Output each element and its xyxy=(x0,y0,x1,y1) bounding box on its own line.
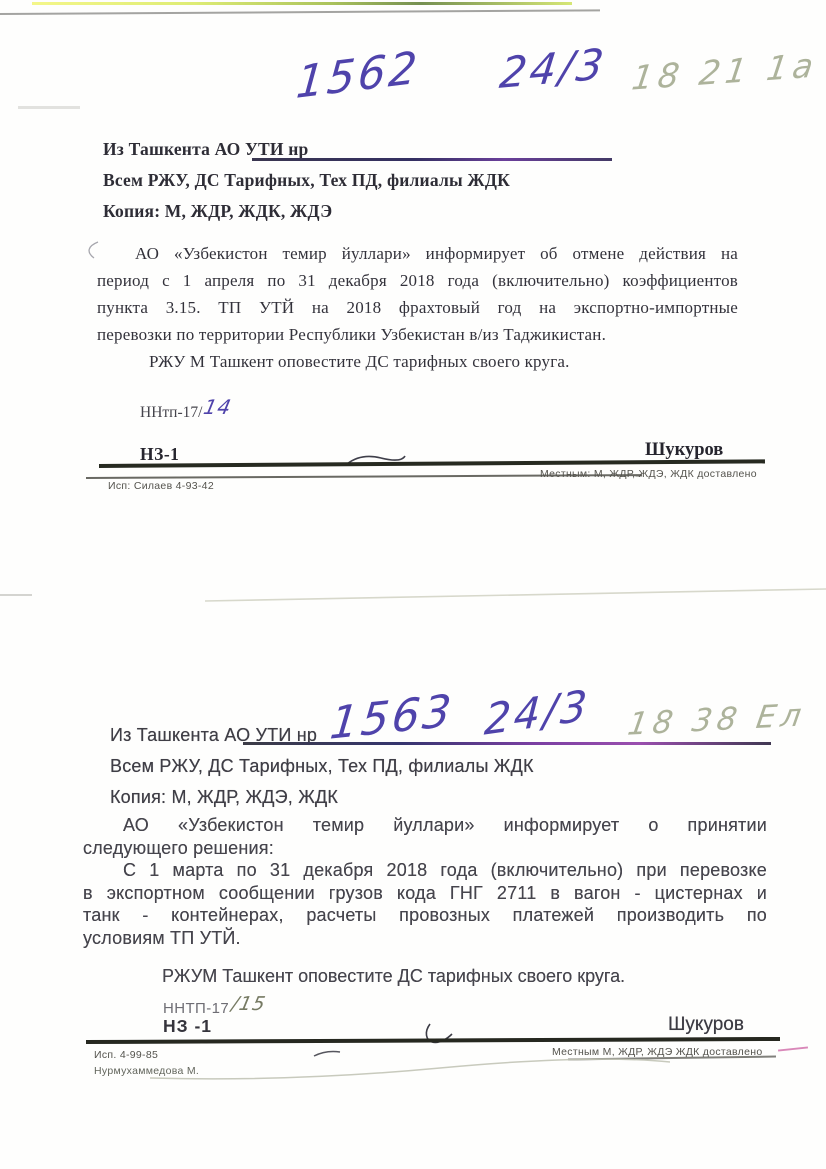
scan-edge-dash xyxy=(0,594,32,596)
handwritten-registration-time: 18 21 1а xyxy=(631,46,819,98)
body-line: пункта 3.15. ТП УТЙ на 2018 фрахтовый го… xyxy=(97,294,738,321)
letter2-reference-number: ННТП-17/15 xyxy=(163,996,263,1018)
scan-edge-artifact-dark xyxy=(0,9,600,15)
letter2-rule-pink-trace xyxy=(778,1046,808,1051)
letter1-copy-line: Копия: М, ЖДР, ЖДК, ЖДЭ xyxy=(103,196,723,227)
scan-edge-artifact-yellow xyxy=(32,2,572,5)
letter2-notify-line: РЖУМ Ташкент оповестите ДС тарифных свое… xyxy=(162,966,762,987)
letter2-position-code: НЗ -1 xyxy=(163,1016,212,1037)
letter1-body: АО «Узбекистон темир йуллари» информируе… xyxy=(97,240,738,348)
letter1-header: Из Ташкента АО УТИ нр Всем РЖУ, ДС Тариф… xyxy=(103,134,723,227)
letter1-separator-rule xyxy=(99,459,765,468)
pen-mark-faint-curve xyxy=(150,1058,670,1082)
letter2-handwritten-time: 18 38 Ел xyxy=(627,697,807,742)
body-line: танк - контейнерах, расчеты провозных пл… xyxy=(83,904,767,927)
letter1-from-label: Из Ташкента АО УТИ нр xyxy=(103,139,308,159)
letter2-ref-handwritten: /15 xyxy=(232,993,266,1015)
body-line: условиям ТП УТЙ. xyxy=(83,927,767,950)
body-line: в экспортном сообщении грузов кода ГНГ 2… xyxy=(83,882,767,905)
letter2-executor-line: Исп. 4-99-85 xyxy=(94,1049,158,1061)
scan-smudge xyxy=(18,106,80,109)
body-line: АО «Узбекистон темир йуллари» информируе… xyxy=(97,240,738,267)
letter1-executor-line: Исп: Силаев 4-93-42 xyxy=(108,480,214,492)
body-line: АО «Узбекистон темир йуллари» информируе… xyxy=(83,814,767,837)
scanned-document-page: 1562 24/3 18 21 1а Из Ташкента АО УТИ нр… xyxy=(0,0,826,1169)
letter2-copy-line: Копия: М, ЖДР, ЖДЭ, ЖДК xyxy=(110,782,750,813)
letter1-notify-line: РЖУ М Ташкент оповестите ДС тарифных сво… xyxy=(149,352,749,372)
letter1-signer-name: Шукуров xyxy=(645,440,723,461)
body-line: перевозки по территории Республики Узбек… xyxy=(97,321,738,348)
letter1-addressee-line: Всем РЖУ, ДС Тарифных, Тех ПД, филиалы Ж… xyxy=(103,165,723,196)
letter2-body: АО «Узбекистон темир йуллари» информируе… xyxy=(83,814,767,949)
body-line: следующего решения: xyxy=(83,837,767,860)
body-line: С 1 марта по 31 декабря 2018 года (включ… xyxy=(83,859,767,882)
handwritten-number-text: 1562 xyxy=(294,42,422,109)
letter2-addressee-line: Всем РЖУ, ДС Тарифных, Тех ПД, филиалы Ж… xyxy=(110,751,750,782)
letter1-ref-handwritten: 14 xyxy=(204,395,231,419)
body-line: период с 1 апреля по 31 декабря 2018 год… xyxy=(97,267,738,294)
pen-mark-dash xyxy=(312,1048,342,1058)
letter2-signer-name: Шукуров xyxy=(668,1014,744,1036)
letter1-position-code: НЗ-1 xyxy=(140,444,179,465)
letter2-number-blank-underline xyxy=(243,742,771,745)
scan-fold-line xyxy=(205,586,826,604)
letter1-reference-number: ННтп-17/14 xyxy=(140,398,230,422)
handwritten-registration-date: 24/3 xyxy=(498,39,608,97)
letter1-number-blank-underline xyxy=(252,158,612,161)
letter1-delivery-line: Местным: М, ЖДР, ЖДЭ, ЖДК доставлено xyxy=(540,468,757,480)
letter1-ref-typed: ННтп-17/ xyxy=(140,404,202,421)
handwritten-registration-number: 1562 xyxy=(293,43,422,109)
letter2-ref-typed: ННТП-17 xyxy=(163,1000,229,1017)
